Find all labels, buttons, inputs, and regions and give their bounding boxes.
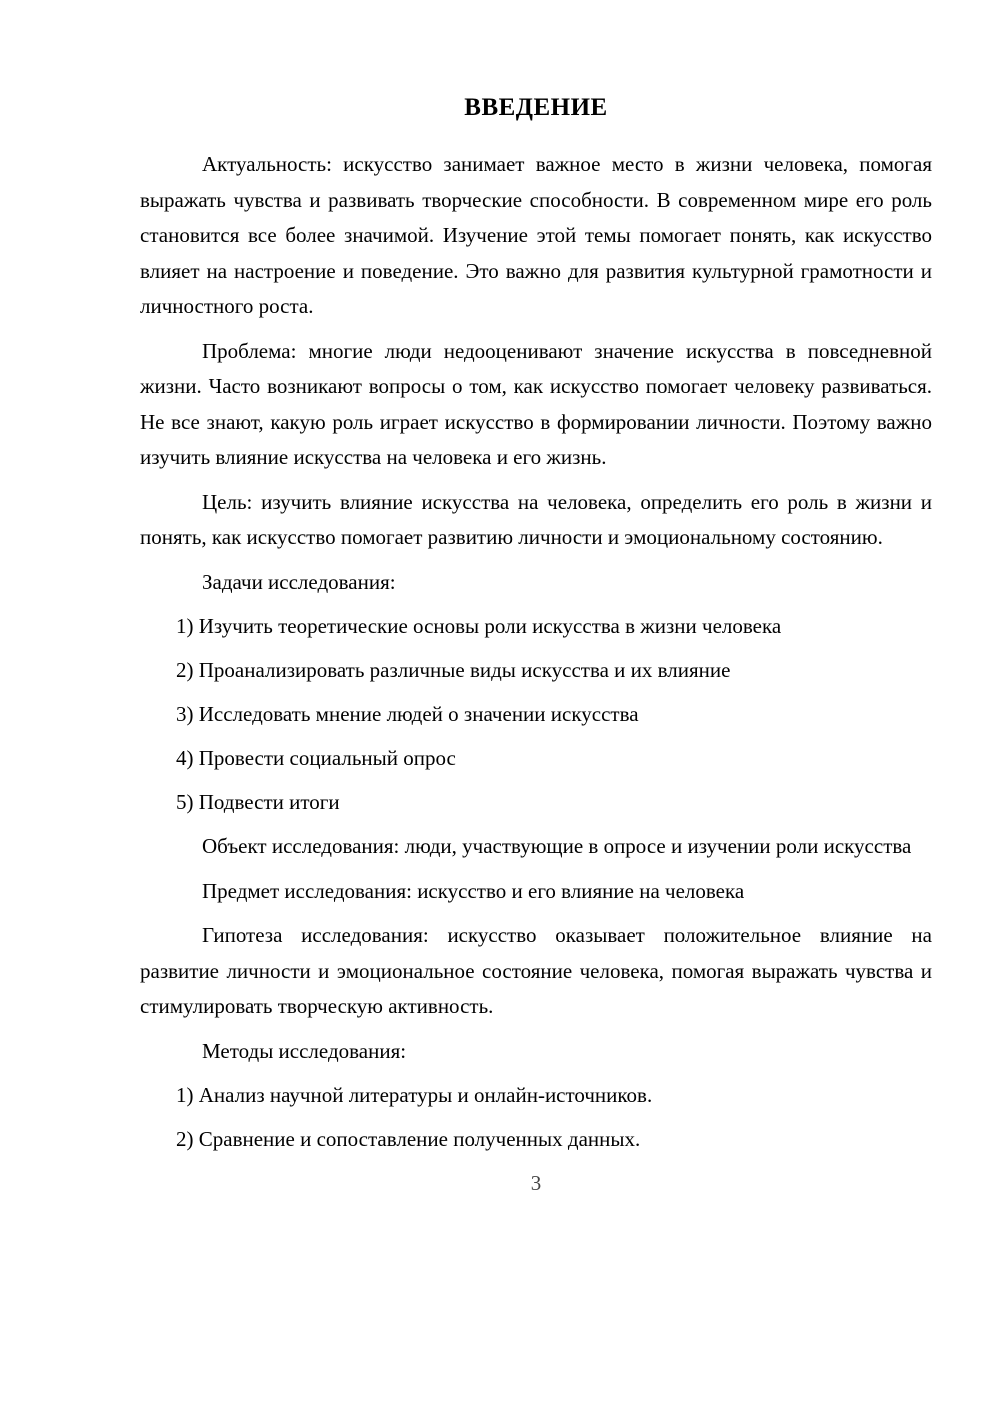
page-number: 3	[140, 1166, 932, 1202]
tasks-list: 1) Изучить теоретические основы роли иск…	[140, 609, 932, 821]
methods-heading: Методы исследования:	[140, 1034, 932, 1070]
page-title: ВВЕДЕНИЕ	[140, 93, 932, 123]
paragraph-object: Объект исследования: люди, участвующие в…	[140, 829, 932, 865]
methods-list: 1) Анализ научной литературы и онлайн-ис…	[140, 1078, 932, 1158]
task-item-5: 5) Подвести итоги	[140, 785, 932, 821]
task-item-1: 1) Изучить теоретические основы роли иск…	[140, 609, 932, 645]
tasks-heading: Задачи исследования:	[140, 565, 932, 601]
task-item-2: 2) Проанализировать различные виды искус…	[140, 653, 932, 689]
task-item-3: 3) Исследовать мнение людей о значении и…	[140, 697, 932, 733]
document-page: ВВЕДЕНИЕ Актуальность: искусство занимае…	[0, 0, 1000, 1414]
paragraph-problem: Проблема: многие люди недооценивают знач…	[140, 334, 932, 476]
paragraph-hypothesis: Гипотеза исследования: искусство оказыва…	[140, 918, 932, 1025]
paragraph-actuality: Актуальность: искусство занимает важное …	[140, 147, 932, 325]
task-item-4: 4) Провести социальный опрос	[140, 741, 932, 777]
paragraph-goal: Цель: изучить влияние искусства на челов…	[140, 485, 932, 556]
method-item-2: 2) Сравнение и сопоставление полученных …	[140, 1122, 932, 1158]
paragraph-subject: Предмет исследования: искусство и его вл…	[140, 874, 932, 910]
method-item-1: 1) Анализ научной литературы и онлайн-ис…	[140, 1078, 932, 1114]
